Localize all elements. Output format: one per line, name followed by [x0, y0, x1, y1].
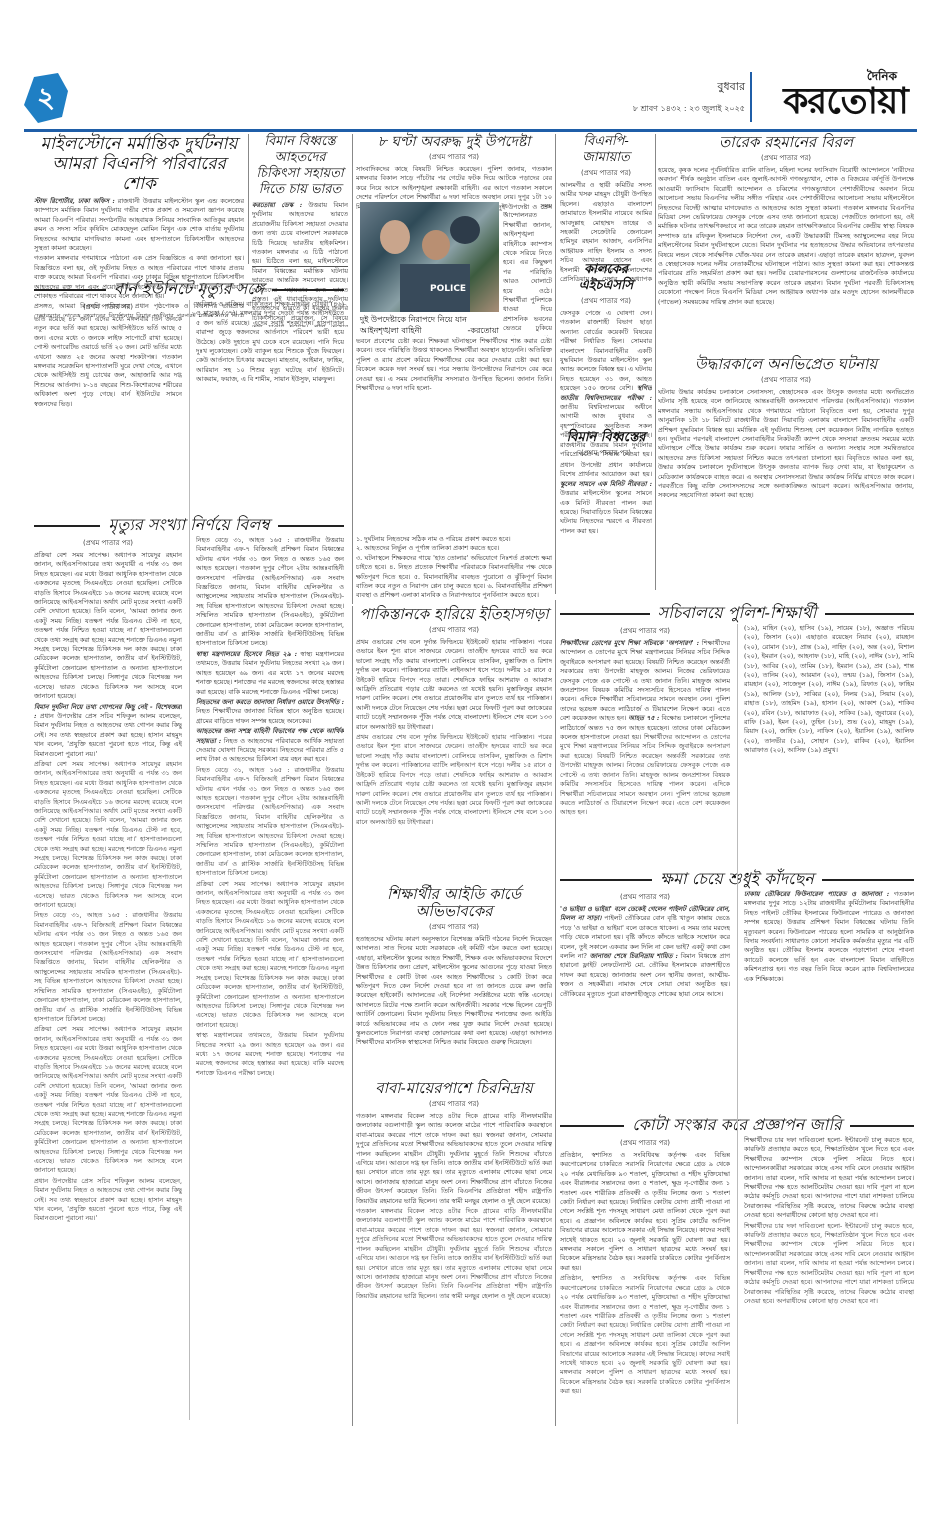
subhead: নিহতদের জন্য করতে জানাজা নির্ধারণ ওয়ারে… — [196, 698, 344, 706]
paragraph: নিহত শিক্ষার্থীদের জানাজা বিভিন্ন স্থানে… — [196, 707, 344, 724]
column-rule — [248, 134, 249, 264]
continued-label: (প্রথম পাতার পর) — [560, 625, 730, 637]
byline: করতোয়া ডেস্ক : — [252, 201, 302, 209]
pilot-cry-col-1: (প্রথম পাতার পর) 'ও ভাইয়া ও ভাইয়া' বলে… — [560, 890, 730, 1095]
continued-label: (প্রথম পাতার পর) — [356, 1098, 552, 1110]
rule — [272, 289, 344, 291]
subhead: স্কুলের সামনে এক মিনিট নীরবতা : — [560, 480, 652, 488]
masthead-divider — [750, 72, 752, 122]
demand-item: ১. দুর্ঘটনায় নিহতদের সঠিক নাম ও পরিচয় … — [356, 535, 552, 544]
paragraph: নিহত বেড়ে ৩১, আহত ১৬৫ : রাজধানীর উত্তরা… — [196, 536, 344, 649]
paragraph: শিক্ষার্থীদের চার দফা দাবিগুলো হলো- ইন্ট… — [744, 1222, 914, 1307]
continued-label: (প্রথম পাতার পর) — [658, 374, 914, 386]
column-rule — [737, 624, 738, 1424]
rule — [822, 879, 914, 881]
paragraph: গতকাল মঙ্গলবার বিকেল সাড়ে ৪টার দিকে গ্র… — [356, 1207, 552, 1301]
continued-label: (প্রথম পাতার পর) — [560, 167, 652, 179]
article-body: শিক্ষার্থীদের তোপের মুখে শিক্ষা সচিবকে '… — [560, 639, 730, 861]
headline: বাবা-মায়েরপাশে চিরনিদ্রায় — [356, 1080, 552, 1097]
section-title: সচিবালয়ে পুলিশ-শিক্ষার্থী — [560, 600, 914, 627]
quota-col-1: (প্রথম পাতার পর) প্রতিষ্ঠান, স্বশাসিত ও … — [560, 1136, 730, 1461]
logo-title: করতোয়া — [758, 82, 933, 122]
column-rule — [555, 600, 556, 1426]
article-unintended: উদ্ধারকালে অনভিপ্রেত ঘটনায় (প্রথম পাতার… — [658, 356, 914, 618]
byline: স্টাফ রিপোর্টার, ঢাকা অফিস : — [34, 197, 115, 205]
column-rule — [189, 300, 190, 1420]
headline: আমরা বিএনপি পরিবারের শোক — [34, 154, 244, 194]
death-toll-col-2: নিহত বেড়ে ৩১, আহত ১৬৫ : রাজধানীর উত্তরা… — [196, 536, 344, 1416]
article-parents: বাবা-মায়েরপাশে চিরনিদ্রায় (প্রথম পাতার… — [356, 1080, 552, 1436]
demand-item: ৩. ঘটনাস্থলে শিক্ষকদের গায়ে 'হাত তোলার'… — [356, 554, 552, 599]
police-vest-label: POLICE — [430, 284, 466, 294]
column-rule — [352, 606, 353, 1426]
article-body: 'ও ভাইয়া ও ভাইয়া' বলে ডেকেই গেলেন পাইল… — [560, 905, 730, 1095]
rule — [560, 1125, 624, 1127]
column-rule — [555, 134, 556, 594]
headline: ৮ ঘণ্টা অবরুদ্ধ দুই উপদেষ্টা — [356, 134, 552, 150]
paragraph: শিক্ষার্থীদের চার দফা দাবিগুলো হলো- ইন্ট… — [744, 1136, 914, 1221]
paragraph: নিহত বেড়ে ৩১, আহত ১৬৫ : রাজধানীর উত্তরা… — [196, 766, 344, 879]
headline: বিএনপি-জামায়াত — [560, 134, 652, 166]
page-number-badge: ২ — [24, 73, 68, 123]
photo-credit: -করতোয়া — [468, 325, 499, 336]
publication-date: ৮ শ্রাবণ ১৪৩২ : ২৩ জুলাই ২০২৫ — [633, 103, 745, 116]
column-rule — [655, 134, 656, 590]
article-body: ঘটনায় উদ্ধার কার্যক্রম চলাকালে সেনাসদস্… — [658, 388, 914, 618]
headline: মাইলস্টোনে মর্মান্তিক দুর্ঘটনায় — [34, 134, 244, 154]
subhead: ঢাকায় তৌকিরের ফিউনারেল প্যারেড ও জানাজা… — [744, 890, 889, 898]
continued-label: (প্রথম পাতার পর) — [560, 1137, 730, 1149]
continued-label: (প্রথম পাতার পর) — [356, 151, 552, 163]
paragraph: প্রথম ওভারের শেষ বলে দুর্দান্ত ফিল্ডিংয়… — [356, 733, 552, 827]
weekday: বুধবার — [633, 78, 745, 97]
paragraph: ফেসবুক পেজে এ ঘোষণা দেন। গতকাল রাজশাহী ব… — [560, 309, 652, 392]
paragraph: স্বাস্থ্য মন্ত্রণালয়ের তথ্যমতে, উত্তরায… — [196, 1031, 344, 1078]
paragraph: শিক্ষার্থীদের আন্দোলন ও তোপের মুখে শিক্ষ… — [560, 733, 730, 816]
pilot-cry-col-2: ঢাকায় তৌকিরের ফিউনারেল প্যারেড ও জানাজা… — [744, 890, 914, 1090]
date-block: বুধবার ৮ শ্রাবণ ১৪৩২ : ২৩ জুলাই ২০২৫ — [633, 78, 745, 116]
masthead-rule — [24, 129, 917, 132]
continued-label: (প্রথম পাতার পর) — [356, 624, 552, 636]
paragraph: গতকাল মঙ্গলবার দুপুর সাড়ে ১২টায় রাজধান… — [744, 890, 914, 983]
section-title: বার্ন ইউনিটে মৃত্যুর সঙ্গে — [34, 276, 344, 303]
headline: উদ্ধারকালে অনভিপ্রেত ঘটনায় — [658, 356, 914, 373]
rule — [560, 613, 650, 615]
article-body: নিহত বেড়ে ৩১, আহত ১৬৫ : রাজধানীর উত্তরা… — [196, 536, 344, 1416]
paragraph: প্রধান উপদেষ্টা প্রধান কার্যালয়ে বিশেষ … — [560, 461, 652, 478]
headline: বিমান বিধ্বস্তে আহতদের চিকিৎসা সহায়তা দ… — [252, 134, 348, 198]
continued-label: (প্রথম পাতার পর) — [356, 921, 552, 933]
burn-unit-col-1: (প্রথম পাতার পর) ভর্তি রয়েছে ৪৮ জন। এদে… — [34, 300, 182, 515]
paragraph: শিক্ষার্থীদের আন্দোলন ও তোপের মুখে শিক্ষ… — [560, 639, 730, 722]
paragraph: উত্তরার মাইলস্টোন স্কুলের সামনে এক মিনিট… — [560, 489, 652, 535]
rule — [278, 525, 344, 527]
secretariat-col-2: (১৯), মাহিন (২০), হাসিব (১৯), সায়েম (১৮… — [744, 624, 914, 856]
paragraph: প্রধান উপদেষ্টার প্রেস সচিব শফিকুল আলম ব… — [34, 1177, 182, 1224]
headline: কালকের এইচএসসি — [560, 262, 652, 294]
article-id-card: শিক্ষার্থীর আইডি কার্ডে অভিভাবকের (প্রথম… — [356, 886, 552, 1111]
burn-unit-col-2: অরিয়ান ও নাজিম। বাকি নতুন শিক্ষক-মাহরীন… — [196, 300, 344, 510]
article-body-bottom: ভবনে প্রবেশের চেষ্টা করে। শিক্ষকরা ঘটনাস… — [356, 337, 552, 533]
caption-text: দুই উপদেষ্টাকে নিরাপদে নিয়ে যান আইনশৃঙ্… — [360, 315, 467, 335]
article-burn-unit: বার্ন ইউনিটে মৃত্যুর সঙ্গে — [34, 276, 344, 303]
article-secretariat: সচিবালয়ে পুলিশ-শিক্ষার্থী — [560, 600, 914, 627]
horizontal-rule — [252, 266, 348, 267]
article-body: গতকাল মঙ্গলবার বিকেল সাড়ে ৪টার দিকে গ্র… — [356, 1112, 552, 1436]
paragraph: গতকাল মঙ্গলবার বিকেল সাড়ে ৪টার দিকে গ্র… — [356, 1112, 552, 1206]
headline: বার্ন ইউনিটে মৃত্যুর সঙ্গে — [106, 276, 272, 303]
continued-label: (প্রথম পাতার পর) — [34, 301, 182, 313]
subhead: শিক্ষার্থীদের তোপের মুখে শিক্ষা সচিবকে '… — [560, 639, 699, 647]
headline: তারেক রহমানের বিরল — [658, 134, 914, 151]
rule — [34, 289, 106, 291]
column-rule — [352, 134, 353, 604]
page-number: ২ — [24, 79, 68, 117]
continued-label: (প্রথম পাতার পর) — [34, 537, 182, 549]
death-toll-col-1: (প্রথম পাতার পর) প্রক্রিয়া বেশ সময় সাপ… — [34, 536, 182, 1431]
continued-label: (প্রথম পাতার পর) — [560, 447, 652, 459]
paragraph: প্রক্রিয়া বেশ সময় সাপেক্ষ। অধ্যাপক সায… — [196, 880, 344, 1031]
article-bnp-jamaat: বিএনপি-জামায়াত (প্রথম পাতার পর) আলমগীর … — [560, 134, 652, 281]
continued-label: (প্রথম পাতার পর) — [658, 152, 914, 164]
article-body: হয়েছে, কৃষক দলের পূর্বনির্ধারিত র‍্যালি… — [658, 166, 914, 372]
newspaper-logo[interactable]: দৈনিক করতোয়া — [758, 68, 933, 124]
rule — [34, 525, 100, 527]
article-hsc: কালকের এইচএসসি (প্রথম পাতার পর) ফেসবুক প… — [560, 262, 652, 457]
subhead: স্বাস্থ্য মন্ত্রণালয়ের হিসেবে নিহত ২৯ : — [196, 650, 297, 658]
headline: পাকিস্তানকে হারিয়ে ইতিহাসগড়া — [356, 606, 552, 623]
rule — [850, 1125, 914, 1127]
paragraph: প্রধান উপদেষ্টার প্রেস সচিব শফিকুল আলম ব… — [34, 712, 182, 758]
photo-caption: দুই উপদেষ্টাকে নিরাপদে নিয়ে যান আইনশৃঙ্… — [360, 314, 499, 336]
secretariat-col-1: (প্রথম পাতার পর) শিক্ষার্থীদের তোপের মুখ… — [560, 624, 730, 861]
continued-label: (প্রথম পাতার পর) — [560, 295, 652, 307]
demand-item: ২. আহতদের নির্ভুল ও পূর্ণাঙ্গ তালিকা প্র… — [356, 544, 552, 553]
article-body-side: এ সময় আন্দোলনরত শিক্ষার্থীরা জানান, আইন… — [503, 202, 552, 336]
article-body: ভর্তি রয়েছে ৪৮ জন। এদের মধ্যে মঙ্গলবার … — [34, 315, 182, 515]
paragraph: প্রতিষ্ঠান, স্বশাসিত ও সংবিধিবদ্ধ কর্তৃপ… — [560, 1274, 730, 1396]
article-pakistan: পাকিস্তানকে হারিয়ে ইতিহাসগড়া (প্রথম পা… — [356, 606, 552, 888]
demands-list: ১. দুর্ঘটনায় নিহতদের সঠিক নাম ও পরিচয় … — [356, 535, 552, 599]
quota-col-2: শিক্ষার্থীদের চার দফা দাবিগুলো হলো- ইন্ট… — [744, 1136, 914, 1456]
paragraph: প্রক্রিয়া বেশ সময় সাপেক্ষ। অধ্যাপক সায… — [34, 1025, 182, 1176]
article-tarique: তারেক রহমানের বিরল (প্রথম পাতার পর) হয়ে… — [658, 134, 914, 372]
headline: শিক্ষার্থীর আইডি কার্ডে অভিভাবকের — [356, 886, 552, 920]
subhead: আহত ৭৫ : — [628, 714, 659, 722]
paragraph: প্রক্রিয়া বেশ সময় সাপেক্ষ। অধ্যাপক সায… — [34, 551, 182, 702]
paragraph: প্রথম ওভারের শেষ বলে দুর্দান্ত ফিল্ডিংয়… — [356, 638, 552, 732]
rule — [825, 613, 915, 615]
article-body: প্রতিষ্ঠান, স্বশাসিত ও সংবিধিবদ্ধ কর্তৃপ… — [560, 1151, 730, 1461]
news-photo[interactable]: POLICE — [360, 202, 499, 312]
paragraph: প্রতিষ্ঠান, স্বশাসিত ও সংবিধিবদ্ধ কর্তৃপ… — [560, 1151, 730, 1273]
article-plane-crash: বিমান বিধ্বস্তের (প্রথম পাতার পর) প্রধান… — [560, 430, 652, 601]
paragraph: রাজধানী উত্তরায় মাইলস্টোন স্কুল এন্ড কল… — [34, 197, 244, 252]
paragraph: নিহত বেড়ে ৩১, আহত ১৬৫ : রাজধানীর উত্তরা… — [34, 911, 182, 1024]
article-body: প্রক্রিয়া বেশ সময় সাপেক্ষ। অধ্যাপক সায… — [34, 551, 182, 1431]
rule — [560, 879, 652, 881]
article-body: প্রথম ওভারের শেষ বলে দুর্দান্ত ফিল্ডিংয়… — [356, 638, 552, 888]
continued-label: (প্রথম পাতার পর) — [560, 891, 730, 903]
subhead: জানাজা শেষে চিরনিদ্রায় শায়িত : — [590, 952, 678, 960]
paragraph: প্রক্রিয়া বেশ সময় সাপেক্ষ। অধ্যাপক সায… — [34, 760, 182, 911]
article-body: প্রধান উপদেষ্টা প্রধান কার্যালয়ে বিশেষ … — [560, 461, 652, 601]
headline: বিমান বিধ্বস্তের — [560, 430, 652, 446]
headline: সচিবালয়ে পুলিশ-শিক্ষার্থী — [650, 600, 825, 627]
